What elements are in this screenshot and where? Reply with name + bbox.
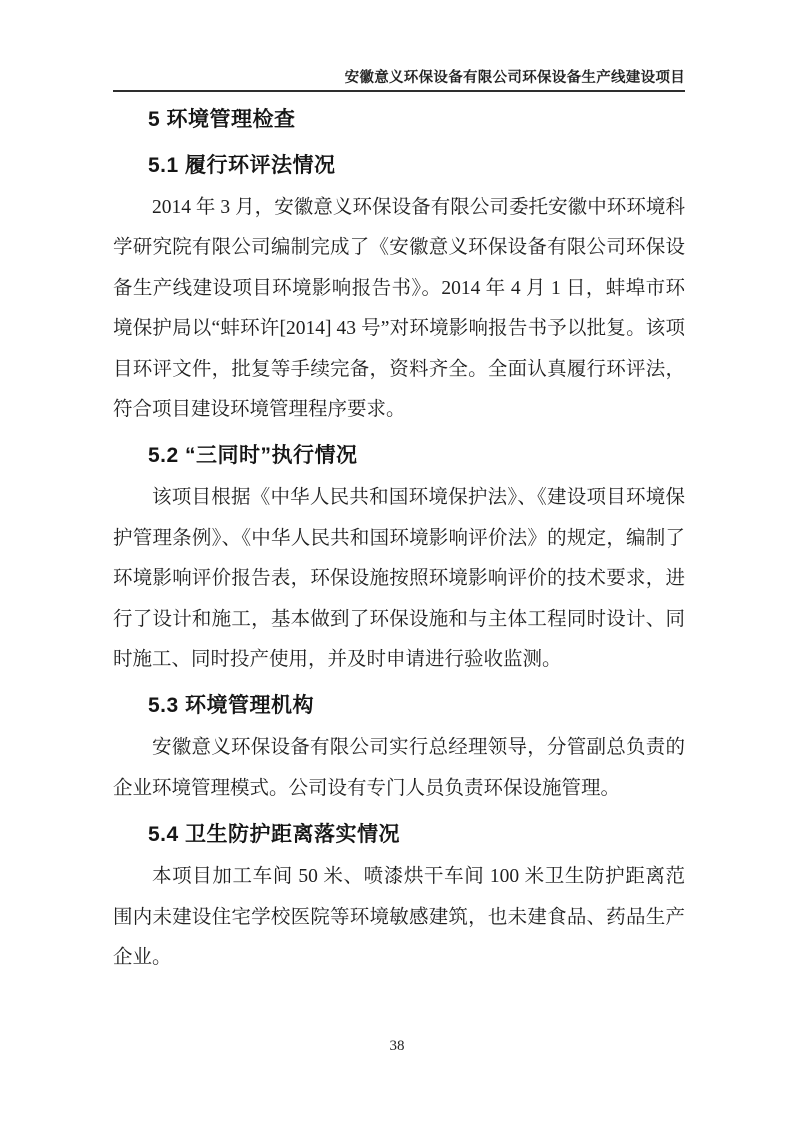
- page-number: 38: [0, 1036, 794, 1056]
- section-heading-5: 5 环境管理检查: [148, 100, 685, 140]
- section-heading-5-1: 5.1 履行环评法情况: [148, 146, 685, 186]
- document-page: 安徽意义环保设备有限公司环保设备生产线建设项目 5 环境管理检查 5.1 履行环…: [0, 0, 794, 1123]
- document-content: 5 环境管理检查 5.1 履行环评法情况 2014 年 3 月，安徽意义环保设备…: [113, 100, 685, 979]
- section-heading-5-3: 5.3 环境管理机构: [148, 686, 685, 726]
- running-header: 安徽意义环保设备有限公司环保设备生产线建设项目: [113, 70, 685, 92]
- section-heading-5-4: 5.4 卫生防护距离落实情况: [148, 815, 685, 855]
- section-heading-5-2: 5.2 “三同时”执行情况: [148, 436, 685, 476]
- paragraph-5-4: 本项目加工车间 50 米、喷漆烘干车间 100 米卫生防护距离范围内未建设住宅学…: [113, 857, 685, 978]
- paragraph-5-2: 该项目根据《中华人民共和国环境保护法》、《建设项目环境保护管理条例》、《中华人民…: [113, 478, 685, 680]
- paragraph-5-3: 安徽意义环保设备有限公司实行总经理领导，分管副总负责的企业环境管理模式。公司设有…: [113, 728, 685, 809]
- paragraph-5-1: 2014 年 3 月，安徽意义环保设备有限公司委托安徽中环环境科学研究院有限公司…: [113, 188, 685, 430]
